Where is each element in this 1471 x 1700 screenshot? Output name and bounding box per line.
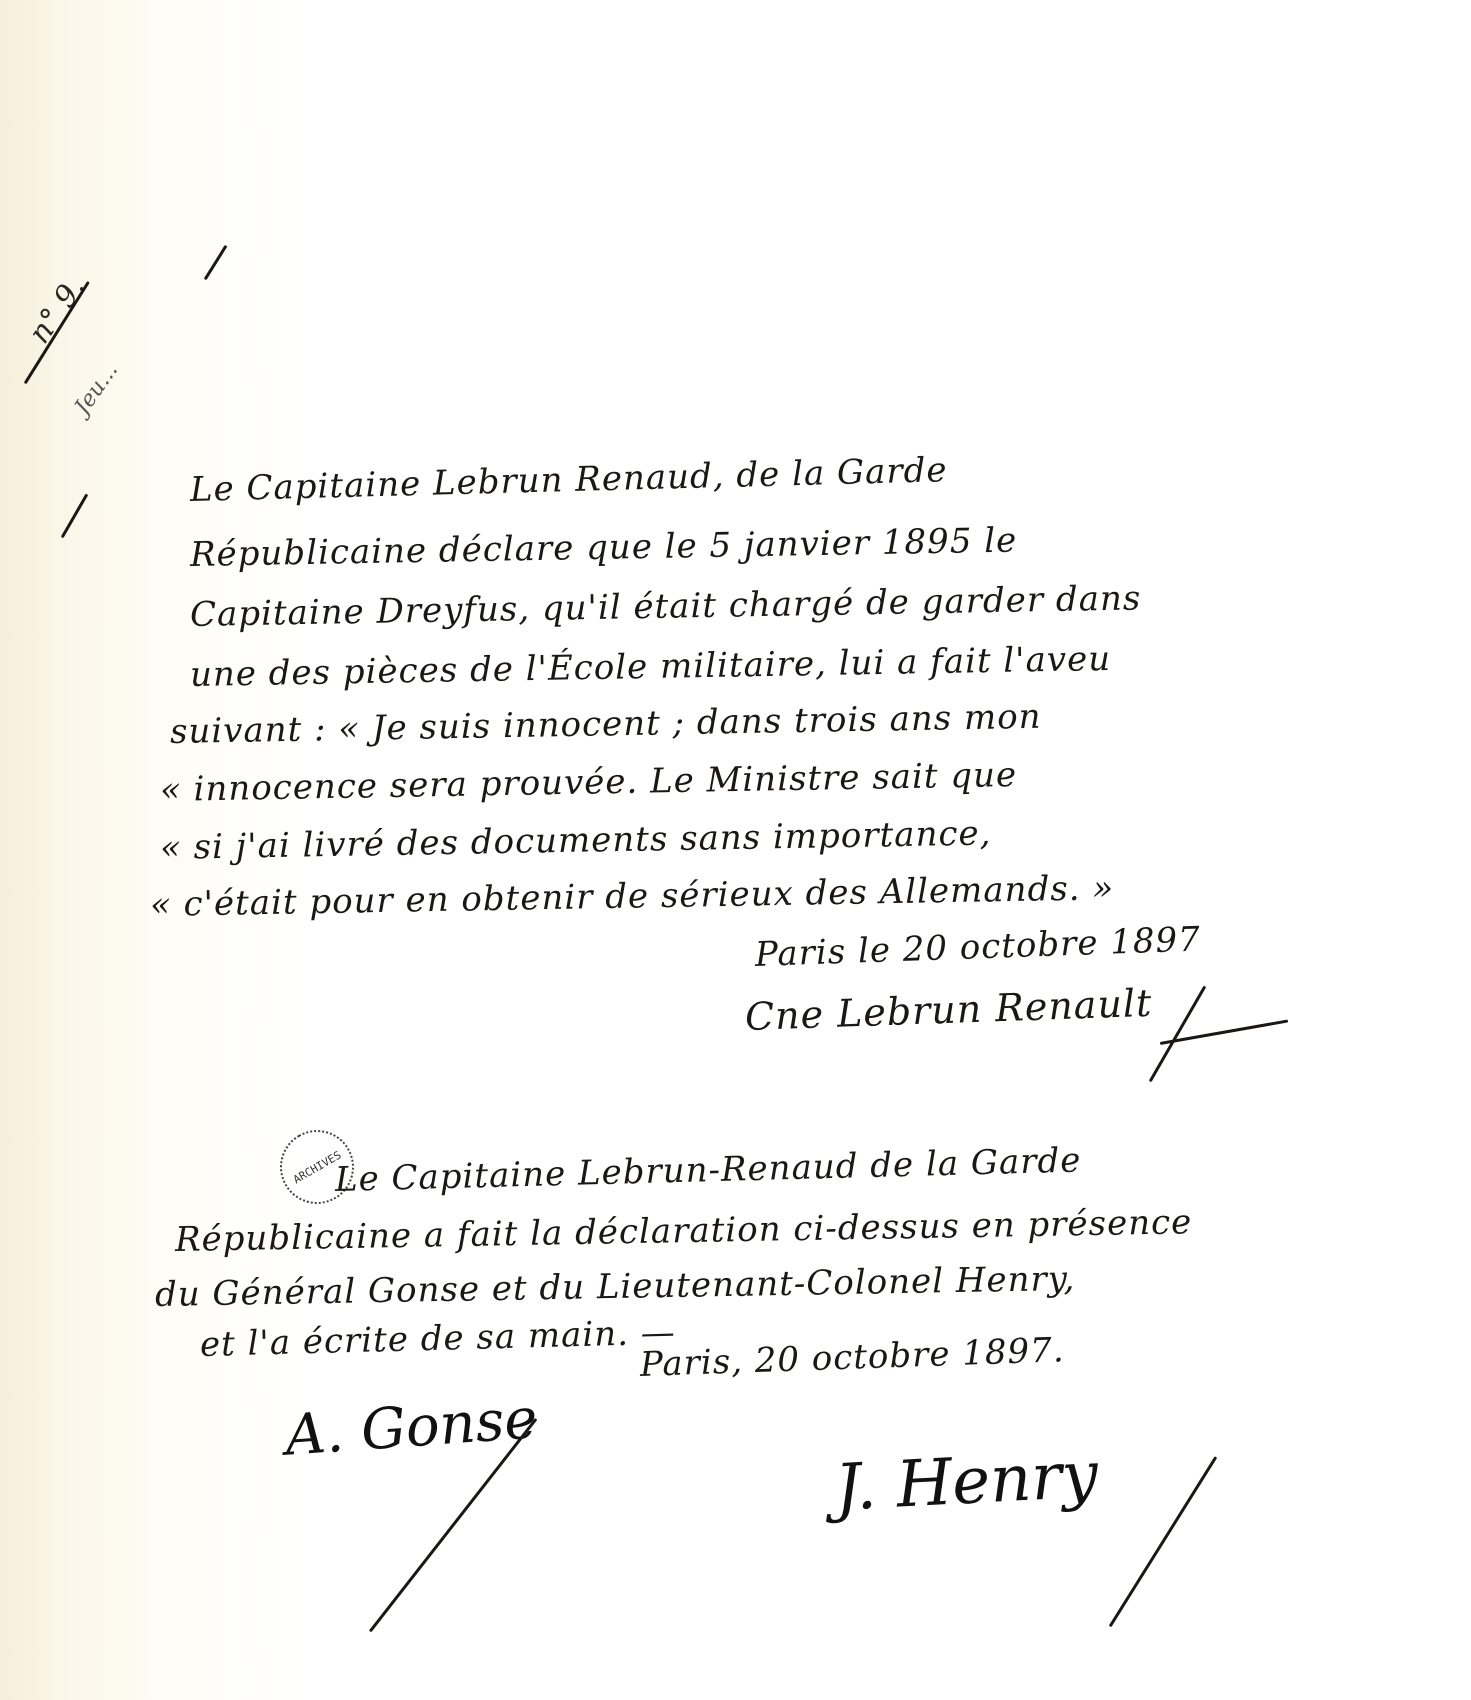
declaration-line: Capitaine Dreyfus, qu'il était chargé de… bbox=[190, 578, 1142, 635]
signature-henry-flourish bbox=[1109, 1456, 1218, 1627]
margin-number-annotation: n° 9. bbox=[22, 271, 92, 350]
attestation-place-date: Paris, 20 octobre 1897. bbox=[639, 1330, 1065, 1385]
signature-gonse: A. Gonse bbox=[283, 1386, 539, 1468]
declaration-line: « innocence sera prouvée. Le Ministre sa… bbox=[160, 755, 1018, 810]
declaration-place-date: Paris le 20 octobre 1897 bbox=[754, 919, 1201, 975]
declaration-line: une des pièces de l'École militaire, lui… bbox=[190, 639, 1112, 695]
declaration-line: Le Capitaine Lebrun Renaud, de la Garde bbox=[189, 450, 948, 510]
declaration-line: « c'était pour en obtenir de sérieux des… bbox=[150, 868, 1115, 925]
declaration-line: « si j'ai livré des documents sans impor… bbox=[160, 813, 992, 868]
signature-flourish bbox=[1149, 985, 1207, 1082]
declaration-signature: Cne Lebrun Renault bbox=[744, 981, 1153, 1039]
margin-tick-mark bbox=[61, 493, 89, 538]
document-page: n° 9. Jeu... Le Capitaine Lebrun Renaud,… bbox=[0, 0, 1471, 1700]
attestation-line: et l'a écrite de sa main. — bbox=[199, 1313, 676, 1365]
declaration-line: Républicaine déclare que le 5 janvier 18… bbox=[190, 521, 1018, 575]
attestation-line: Républicaine a fait la déclaration ci-de… bbox=[175, 1202, 1193, 1260]
attestation-line: Le Capitaine Lebrun-Renaud de la Garde bbox=[334, 1140, 1081, 1200]
signature-henry: J. Henry bbox=[833, 1438, 1100, 1526]
attestation-line: du Général Gonse et du Lieutenant-Colone… bbox=[155, 1259, 1076, 1315]
declaration-line: suivant : « Je suis innocent ; dans troi… bbox=[170, 697, 1042, 752]
margin-note-annotation: Jeu... bbox=[70, 358, 123, 419]
margin-tick-mark bbox=[204, 245, 228, 281]
